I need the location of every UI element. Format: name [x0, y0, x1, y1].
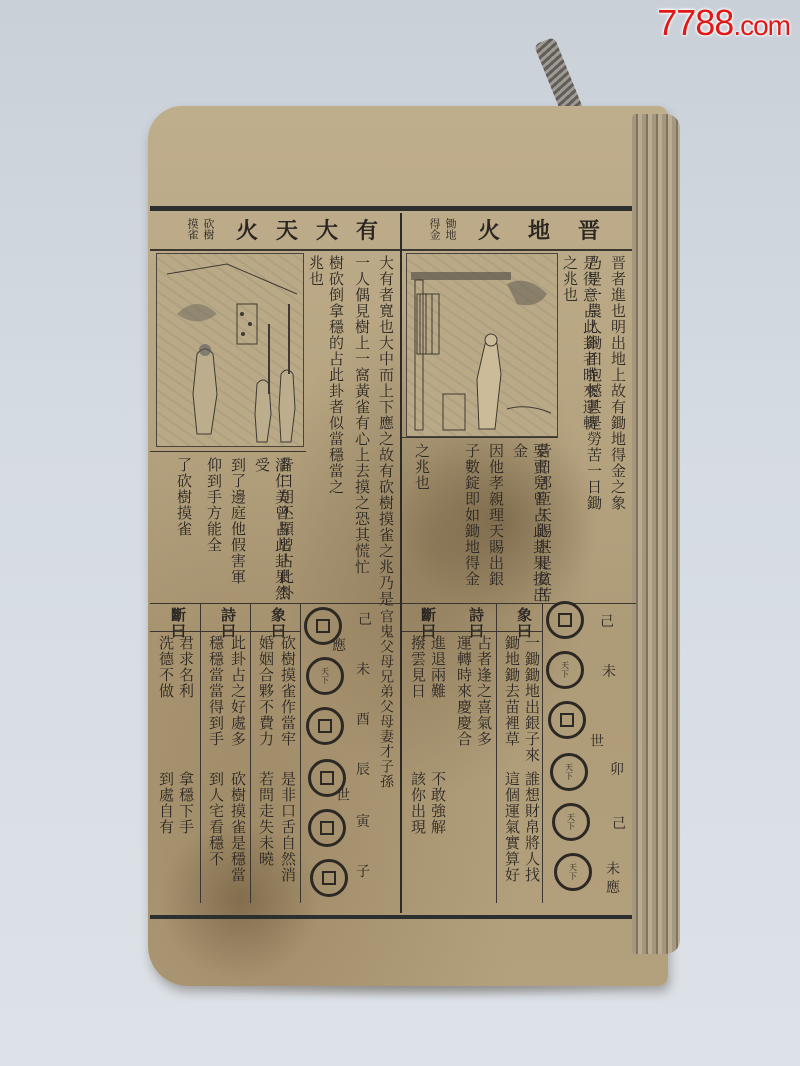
coin-icon: [546, 601, 584, 639]
line-branch: 酉: [356, 709, 370, 729]
line-branch: 未 應: [602, 861, 622, 893]
watermark-number: 7788: [657, 2, 733, 43]
verse: 砍樹摸雀作當牢: [278, 635, 298, 765]
woodblock-illustration-warriors: [156, 253, 304, 447]
coin-icon: 天下: [552, 803, 590, 841]
line-branch: 未: [602, 661, 616, 681]
line-branch: 己: [612, 813, 626, 833]
rule: [250, 603, 251, 903]
text-column: 乃是一農人鋤田抱憾甚是勞苦一日鋤: [584, 255, 604, 515]
illustration-scene-tent-soldiers: [157, 254, 303, 446]
text-column: 要賣兒曾占此卦果拔出金: [510, 443, 550, 613]
line-branch: 子: [356, 861, 370, 881]
subtitle-part: 砍樹: [202, 218, 214, 240]
line-branch: 辰: [356, 759, 370, 779]
verdict: 進退兩難: [428, 635, 448, 715]
coin-icon: 天下: [306, 657, 344, 695]
rule: [150, 603, 400, 604]
rule: [496, 603, 497, 903]
rule: [200, 603, 201, 903]
verse: 砍樹摸雀是穩當: [228, 771, 248, 901]
relation: 父母: [378, 639, 394, 669]
subtitle-part: 摸雀: [186, 218, 198, 240]
text-column: 子數錠即如鋤地得金: [462, 443, 482, 613]
subtitle-left: 砍樹 摸雀: [186, 218, 214, 240]
subtitle-right: 锄地 得金: [428, 218, 456, 240]
text-column: 潘仁美曾占此卦果然受: [252, 457, 292, 607]
verse: 此卦占之好處多: [228, 635, 248, 765]
verdict: 不敢強解: [428, 771, 448, 851]
rule: [402, 603, 636, 604]
text-column: 大有者寬也大中而上下應之故有砍樹摸雀之兆乃是: [376, 255, 396, 615]
verse: 運轉時來慶慶合: [454, 635, 474, 765]
rule: [542, 603, 543, 903]
line-branch: 未: [356, 659, 370, 679]
coin-icon: [308, 809, 346, 847]
relation: 父母: [378, 699, 394, 729]
verse: 鋤地鋤去苗裡草: [502, 635, 522, 765]
text-column: 到了邊庭他假害軍: [228, 457, 248, 607]
coin-icon: [306, 707, 344, 745]
text-column: 晋者進也明出地上故有鋤地得金之象: [608, 255, 628, 585]
verse: 誰想財帛將人找: [522, 771, 542, 901]
relation: 官鬼: [378, 609, 394, 639]
text-column: 了砍樹摸雀: [174, 457, 194, 567]
rule: [150, 451, 306, 452]
verdict: 到處自有: [156, 771, 176, 871]
book-spine-binding: [632, 114, 680, 954]
relation: 兄弟: [378, 669, 394, 699]
coin-icon: 天下: [554, 853, 592, 891]
text-column: 之兆也: [412, 443, 432, 503]
verse: 這個運氣實算好: [502, 771, 522, 901]
verdict: 該你出現: [408, 771, 428, 851]
relation: 子孫: [378, 759, 394, 789]
coin-icon: [548, 701, 586, 739]
coin-icon: [310, 859, 348, 897]
text-column: 樹砍倒拿穩的占此卦者似當穩當之兆也: [306, 255, 346, 505]
line-branch: 卯: [610, 759, 624, 779]
hexagram-title-left: 火天大有 砍樹 摸雀: [154, 211, 402, 247]
rule: [300, 603, 301, 903]
watermark-domain: .com: [733, 10, 790, 41]
verse: 若問走失未曉: [256, 771, 276, 901]
line-marker-shi: 世: [590, 731, 604, 751]
verse: 婚姻合夥不費力: [256, 635, 276, 765]
verdict: 撥雲見日: [408, 635, 428, 715]
text-column: 一人偶見樹上一窩黃雀有心上去摸之恐其慌忙: [352, 255, 372, 615]
verse: 占者逢之喜氣多: [474, 635, 494, 765]
verse: 一鋤鋤地出銀子來: [522, 635, 542, 765]
title-jin: 火地晋: [478, 214, 628, 245]
verdict: 洗德不做: [156, 635, 176, 735]
relation: 妻才: [378, 729, 394, 759]
illustration-scene-house-figure: [407, 254, 557, 436]
printed-page-spread: 火地晋 锄地 得金 火天大有 砍樹 摸雀 是得意占此卦者時來運轉之兆也 乃是一農: [150, 206, 632, 919]
line-branch: 己: [600, 611, 614, 631]
line-marker-shi: 世: [336, 785, 350, 805]
watermark: 7788.com: [657, 2, 790, 44]
verdict: 拿穩下手: [176, 771, 196, 871]
line-branch: 己: [358, 609, 372, 629]
subtitle-part: 锄地: [444, 218, 456, 240]
hexagram-title-right: 火地晋 锄地 得金: [408, 211, 636, 247]
coin-icon: 天下: [550, 753, 588, 791]
center-divider: [400, 213, 402, 913]
title-dayou: 火天大有: [236, 214, 396, 245]
verdict: 君求名利: [176, 635, 196, 735]
verse: 穩穩當當得到手: [206, 635, 226, 765]
text-column: 因他孝親理天賜出銀: [486, 443, 506, 613]
verse: 是非口舌自然消: [278, 771, 298, 901]
line-marker-ying: 應: [332, 635, 346, 655]
rule: [402, 437, 558, 438]
text-column: 仰到手方能全: [204, 457, 224, 607]
subtitle-part: 得金: [428, 218, 440, 240]
relations-column: 官鬼父母兄弟父母妻才子孫: [378, 609, 394, 909]
woodblock-illustration-farmer: [406, 253, 558, 437]
line-branch: 寅: [356, 811, 370, 831]
coin-icon: 天下: [546, 651, 584, 689]
verse: 到人宅看穩不: [206, 771, 226, 901]
